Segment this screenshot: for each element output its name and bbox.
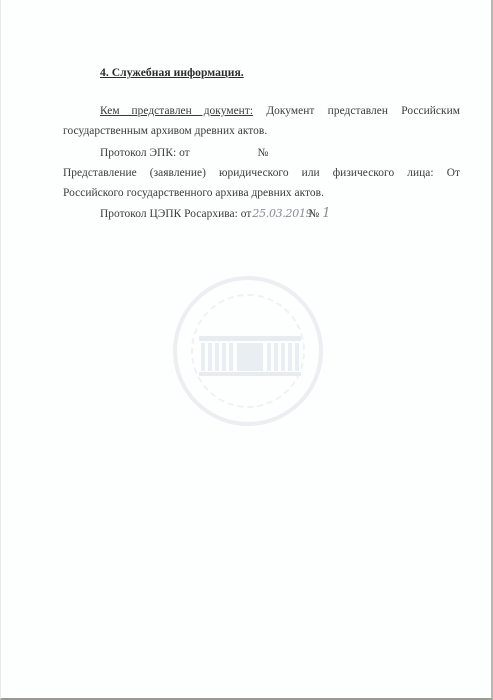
epk-protocol-line: Протокол ЭПК: от № [100,146,268,160]
presented-by-word: представлен [328,104,388,118]
presented-by-word: Документ [266,104,314,118]
presented-by-line-2: государственным архивом древних актов. [63,124,267,138]
tsepk-protocol-label: Протокол ЦЭПК Росархива: от [100,208,251,220]
presented-by-line-1: Кем представлен документ: Документ предс… [100,104,460,118]
archive-seal-watermark-icon [173,276,323,426]
epk-protocol-label: Протокол ЭПК: от [100,147,190,159]
epk-protocol-number-sign: № [258,147,269,159]
section-heading: 4. Служебная информация. [100,66,244,80]
submission-line-2: Российского государственного архива древ… [63,186,324,200]
presented-by-word: Российским [401,104,460,118]
submission-word: Представление [63,166,137,180]
submission-word: От [447,166,460,180]
tsepk-protocol-number-handwritten: 1 [322,206,330,221]
submission-word: физического [333,166,394,180]
submission-word: (заявление) [150,166,206,180]
archive-building-icon [197,336,303,376]
tsepk-protocol-line: Протокол ЦЭПК Росархива: от25.03.2019№ 1 [100,207,330,221]
submission-word: юридического [219,166,289,180]
presented-by-label: Кем представлен документ: [100,104,253,118]
submission-line-1: Представление (заявление) юридического и… [63,166,460,180]
submission-word: или [302,166,320,180]
tsepk-protocol-date-handwritten: 25.03.2019 [252,207,312,220]
submission-word: лица: [407,166,433,180]
tsepk-protocol-number-sign: № [308,208,319,220]
document-page: 4. Служебная информация. Кем представлен… [0,0,493,700]
